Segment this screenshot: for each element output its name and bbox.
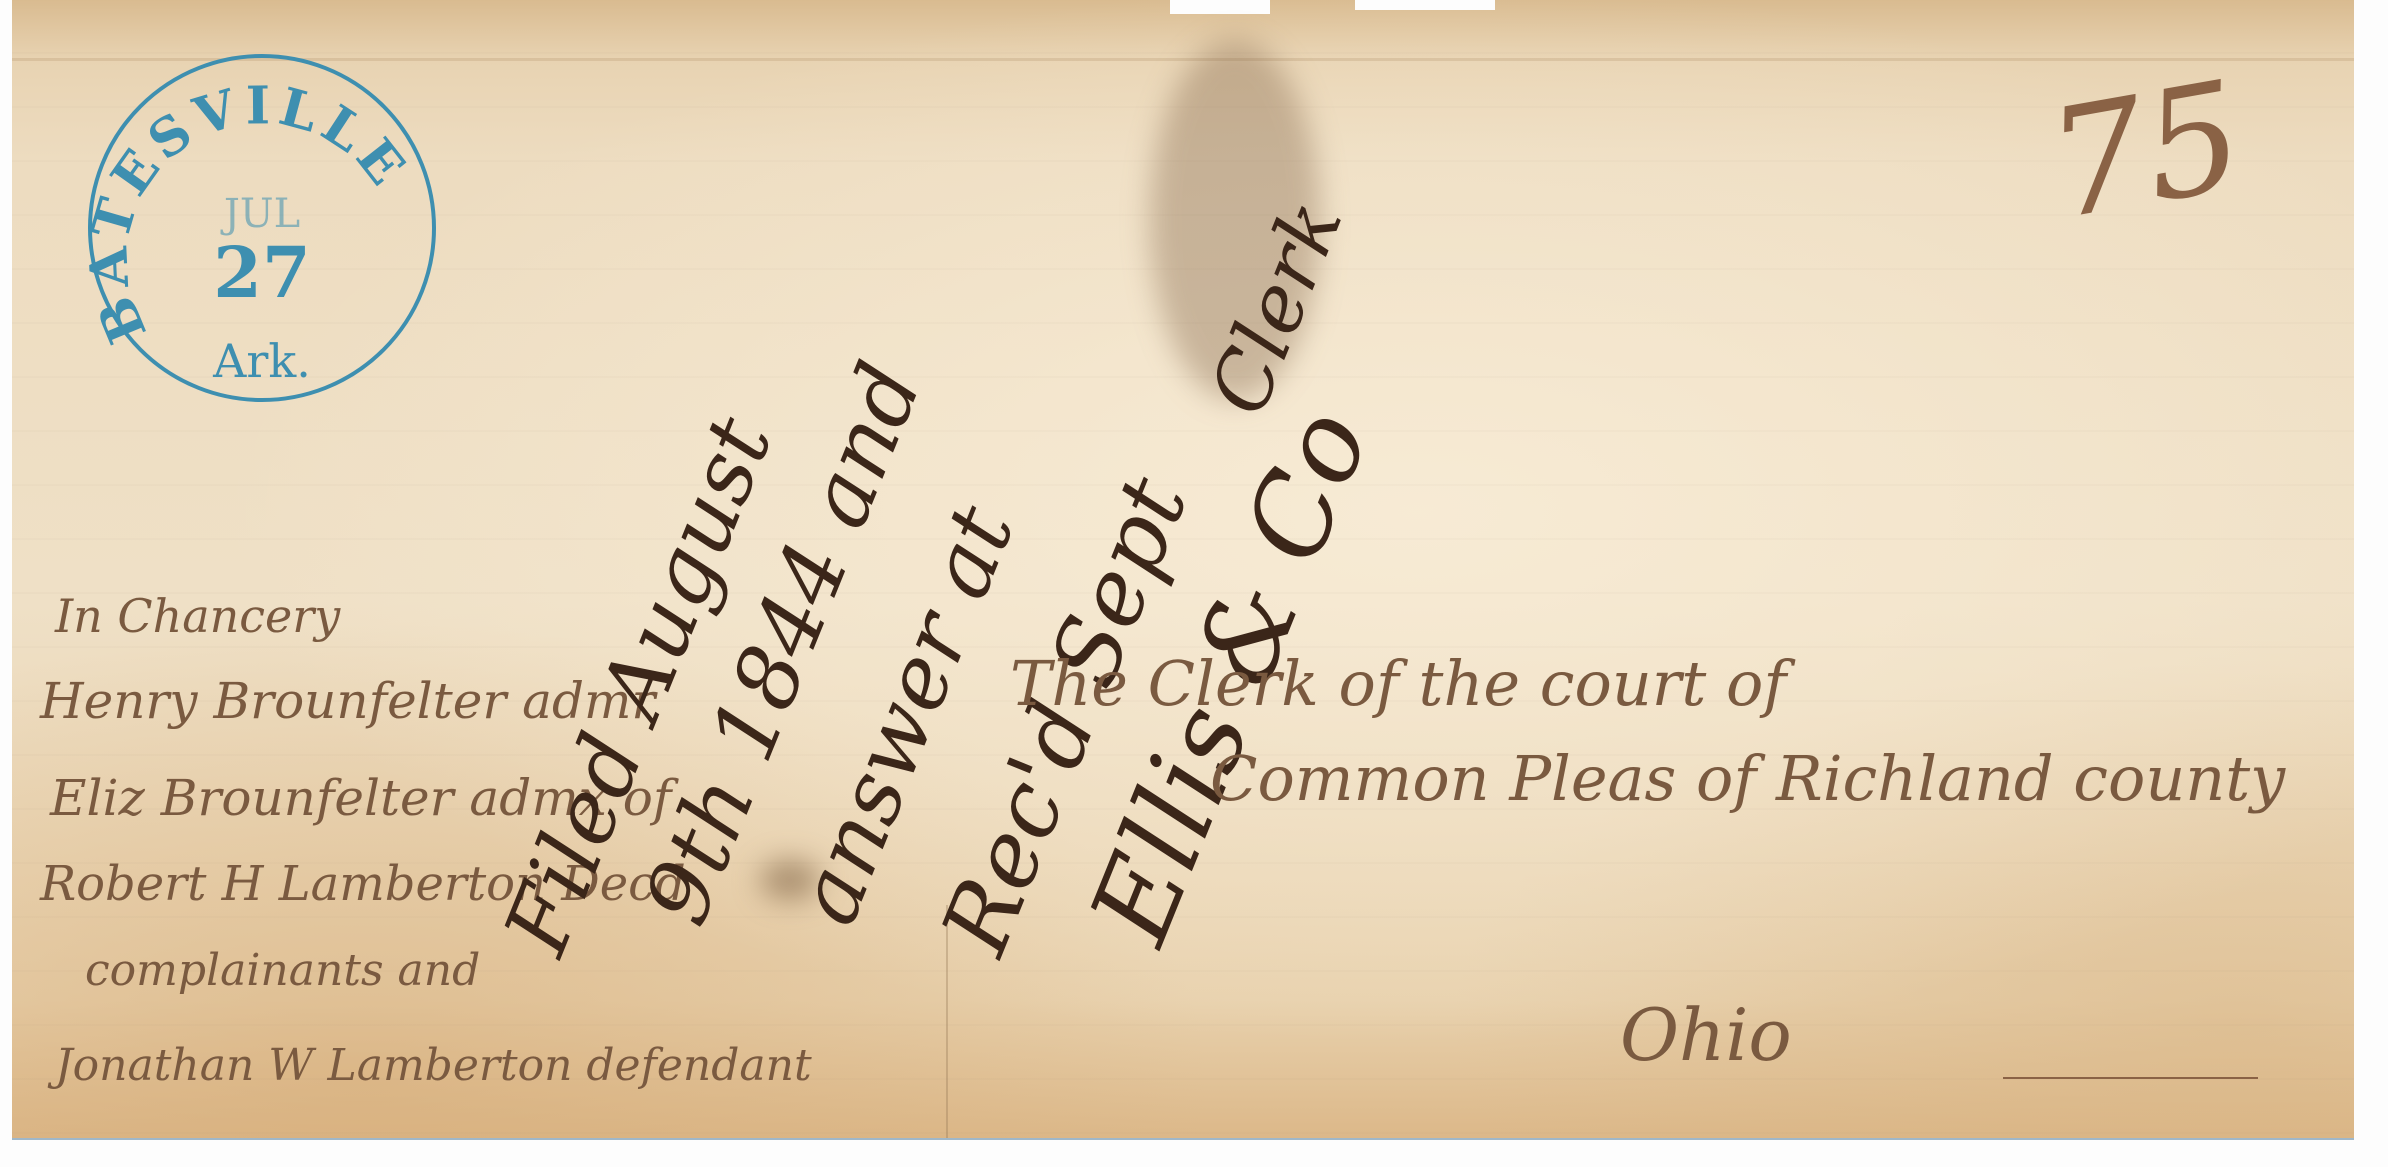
handwriting-layer: 75 In Chancery Henry Brounfelter admr El… bbox=[0, 0, 2388, 1167]
address-underline bbox=[2003, 1077, 2258, 1079]
endorsement-line: Clerk bbox=[1191, 188, 1360, 428]
address-line: Common Pleas of Richland county bbox=[1210, 742, 2286, 815]
filing-endorsement: Filed August 9th 1844 and answer at Rec'… bbox=[483, 188, 1394, 971]
address-line: The Clerk of the court of bbox=[1010, 647, 1796, 720]
address-line: Ohio bbox=[1620, 993, 1792, 1077]
docket-line: Jonathan W Lamberton defendant bbox=[47, 1040, 812, 1091]
postage-rate: 75 bbox=[2037, 49, 2255, 254]
docket-line: In Chancery bbox=[54, 589, 341, 643]
docket-line: Henry Brounfelter admr bbox=[39, 672, 658, 730]
docket-line: complainants and bbox=[85, 945, 480, 996]
